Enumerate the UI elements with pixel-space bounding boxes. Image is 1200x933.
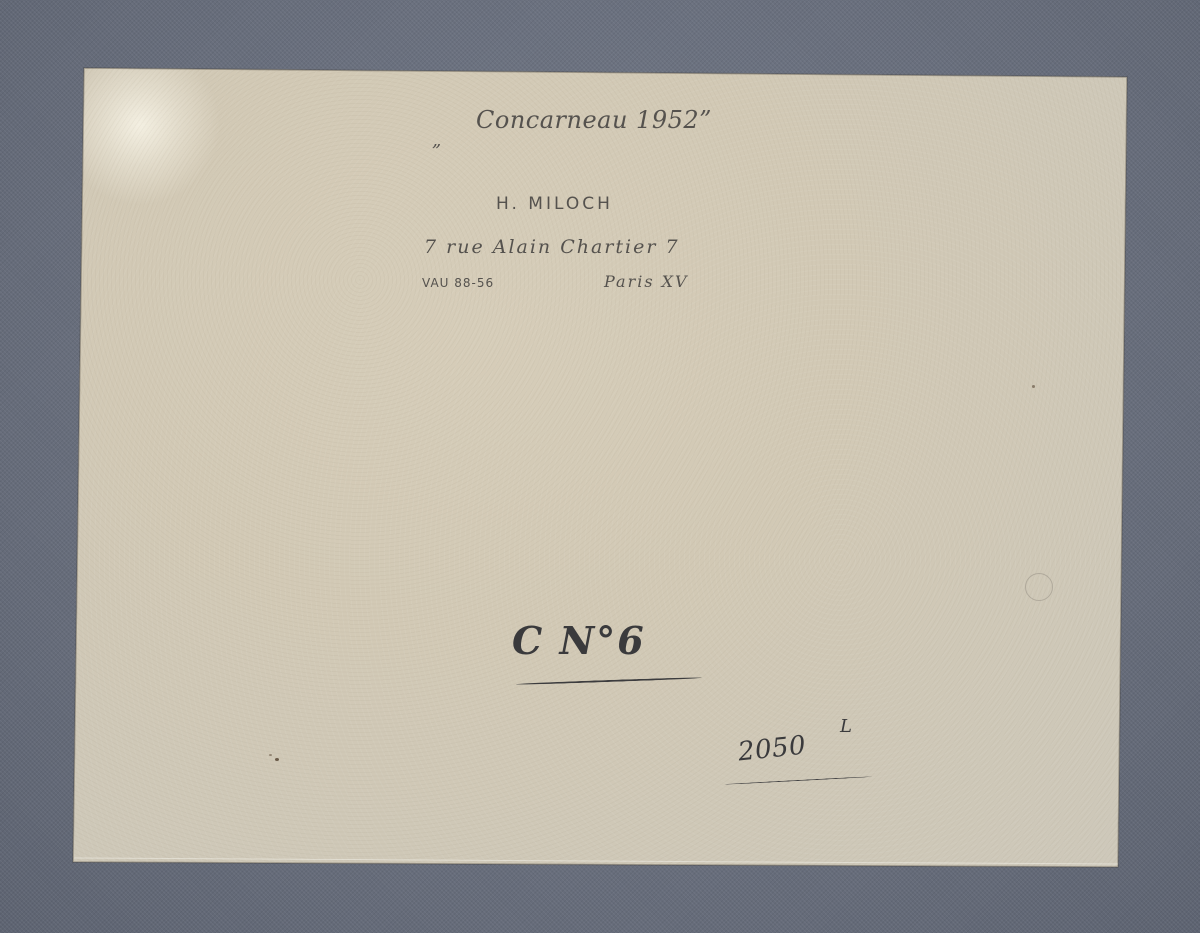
paper-sheet <box>0 0 1200 933</box>
inscription-price-suffix: L <box>840 716 852 737</box>
paper-speck <box>275 758 279 761</box>
inscription-address: 7 rue Alain Chartier 7 <box>424 236 680 258</box>
title-open-quote: „ <box>432 130 442 151</box>
paper-speck <box>269 754 272 756</box>
inscription-city: Paris XV <box>604 272 689 291</box>
inscription-artist: H. MILOCH <box>496 194 613 214</box>
inscription-title: Concarneau 1952” <box>476 106 712 134</box>
paper-stain-circle <box>1025 573 1053 601</box>
inscription-phone: VAU 88-56 <box>422 276 494 290</box>
paper-speck <box>1032 385 1035 388</box>
inscription-catalog-number: C N°6 <box>512 618 646 663</box>
